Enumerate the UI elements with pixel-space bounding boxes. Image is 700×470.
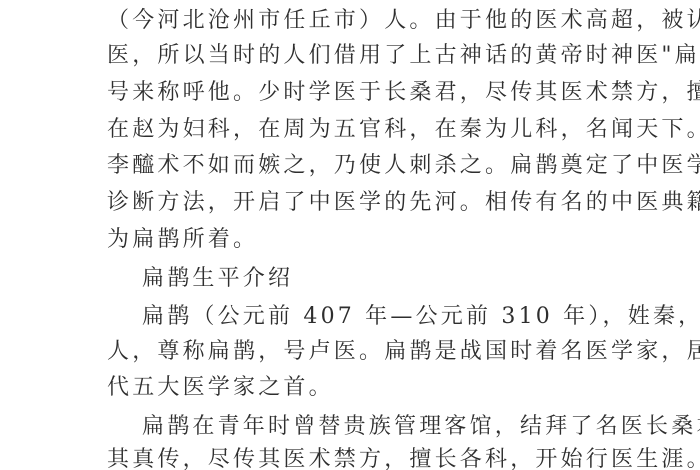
paragraph-line: （今河北沧州市任丘市）人。由于他的医术高超，被认为是神: [107, 8, 587, 34]
section-heading: 扁鹊生平介绍: [142, 266, 293, 292]
paragraph-line: 代五大医学家之首。: [107, 375, 587, 401]
document-page: （今河北沧州市任丘市）人。由于他的医术高超，被认为是神 医，所以当时的人们借用了…: [0, 0, 700, 470]
paragraph-line: 为扁鹊所着。: [107, 227, 587, 253]
paragraph-line: 扁鹊在青年时曾替贵族管理客馆，结拜了名医长桑君，得: [142, 414, 587, 440]
paragraph-line: 人，尊称扁鹊，号卢医。扁鹊是战国时着名医学家，居中国古: [107, 339, 587, 365]
paragraph-line: 号来称呼他。少时学医于长桑君，尽传其医术禁方，擅长各科。: [107, 80, 587, 106]
paragraph-line: 其真传，尽传其医术禁方，擅长各科，开始行医生涯。有丰富: [107, 447, 587, 470]
paragraph-line: 扁鹊（公元前 407 年—公元前 310 年），姓秦，名缓，字越: [142, 304, 587, 330]
paragraph-line: 诊断方法，开启了中医学的先河。相传有名的中医典籍《难经》: [107, 190, 587, 216]
paragraph-line: 医，所以当时的人们借用了上古神话的黄帝时神医"扁鹊"的名: [107, 43, 587, 69]
paragraph-line: 李醯术不如而嫉之，乃使人刺杀之。扁鹊奠定了中医学的切脉: [107, 153, 587, 179]
paragraph-line: 在赵为妇科，在周为五官科，在秦为儿科，名闻天下。秦太医: [107, 117, 587, 143]
